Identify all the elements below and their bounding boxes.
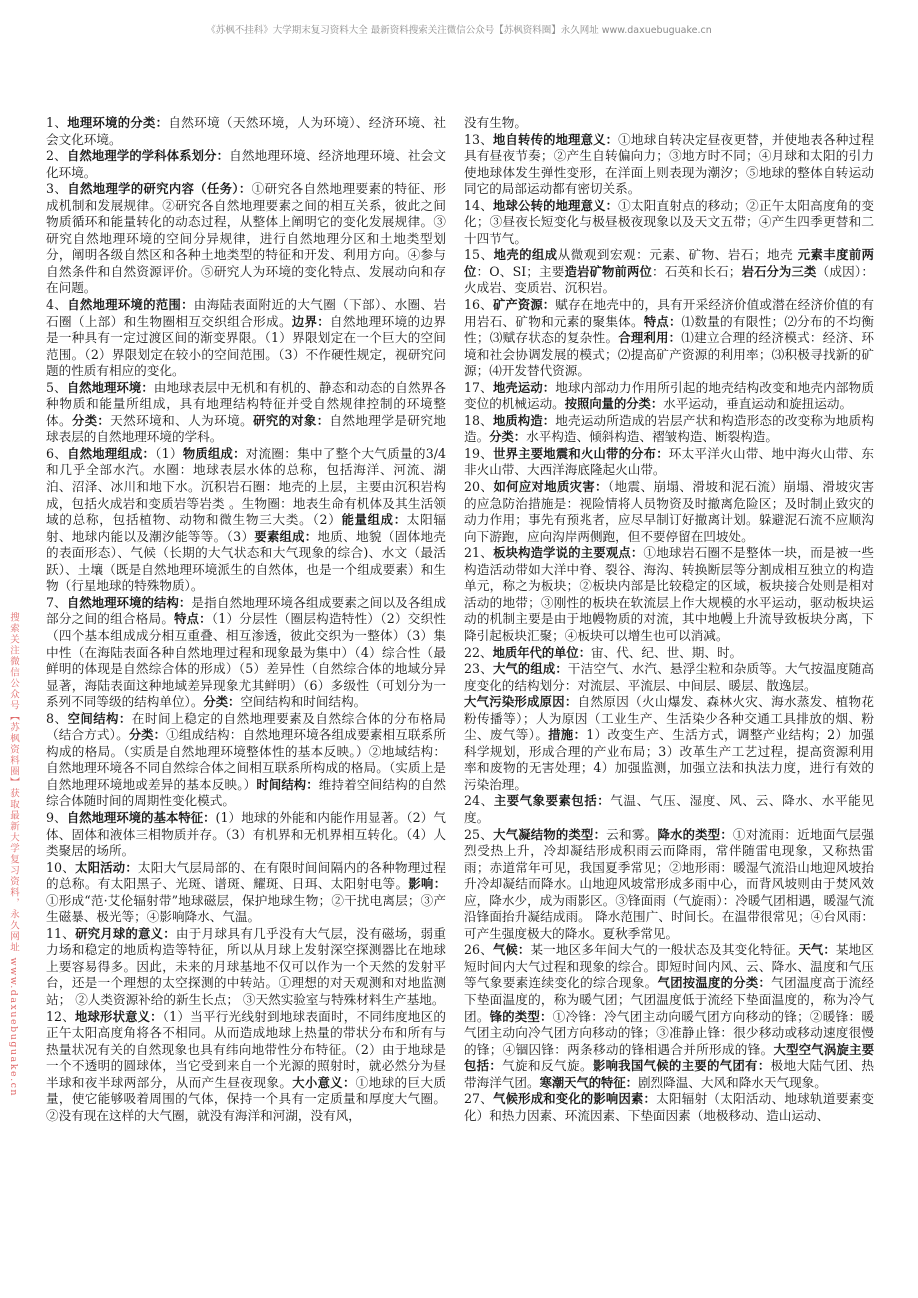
term-body: 21、: [464, 545, 493, 560]
term-body: 2、: [46, 148, 67, 163]
left-column: 1、地理环境的分类：自然环境（天然环境，人为环境）、经济环境、社会文化环境。2、…: [46, 115, 446, 1124]
note-entry: 26、气候：某一地区多年间大气的一般状态及其变化特征。天气：某地区短时间内大气过…: [464, 942, 874, 1091]
term-heading: 按照向量的分类：: [565, 397, 663, 411]
term-body: 22、: [464, 645, 493, 660]
term-heading: 分类：: [129, 728, 166, 742]
note-entry: 10、太阳活动：太阳大气层局部的、在有限时间间隔内的各种物理过程的总称。有太阳黑…: [46, 860, 446, 926]
term-body: 17、: [464, 380, 493, 395]
term-heading: 研究的对象：: [253, 414, 329, 428]
term-body: 11、: [46, 926, 75, 941]
note-entry: 21、板块构造学说的主要观点：①地球岩石圈不是整体一块，而是被一些构造活动带如大…: [464, 545, 874, 644]
term-heading: 时间结构：: [256, 778, 318, 792]
note-entry: 没有生物。: [464, 115, 874, 132]
term-body: 18、: [464, 413, 493, 428]
term-heading: 造岩矿物前两位: [565, 265, 652, 279]
note-entry: 大气污染形成原因：自然原因（火山爆发、森林火灾、海水蒸发、植物花粉传播等）；人为…: [464, 694, 874, 793]
note-entry: 17、地壳运动：地球内部动力作用所引起的地壳结构改变和地壳内部物质变位的机械运动…: [464, 380, 874, 413]
term-body: 10、: [46, 860, 75, 875]
term-body: 7、: [46, 595, 67, 610]
term-heading: 空间结构：: [68, 712, 132, 726]
term-heading: 自然地理环境：: [67, 381, 154, 395]
note-entry: 8、空间结构：在时间上稳定的自然地理要素及自然综合体的分布格局（结合方式）。分类…: [46, 711, 446, 810]
note-entry: 24、主要气象要素包括：气温、气压、湿度、风、云、降水、水平能见度。: [464, 793, 874, 826]
term-heading: 要素组成：: [254, 530, 317, 544]
term-heading: 天气：: [798, 943, 835, 957]
note-entry: 3、自然地理学的研究内容（任务）：①研究各自然地理要素的特征、形成机制和发展规律…: [46, 181, 446, 297]
term-heading: 分类：: [203, 695, 240, 709]
term-body: 19、: [464, 446, 493, 461]
note-entry: 7、自然地理环境的结构：是指自然地理环境各组成要素之间以及各组成部分之间的组合格…: [46, 595, 446, 711]
term-body: 13、: [464, 132, 493, 147]
term-heading: 自然地理环境的结构：: [67, 596, 191, 610]
note-entry: 27、气候形成和变化的影响因素：太阳辐射（太阳活动、地球轨道要素变化）和热力因素…: [464, 1091, 874, 1124]
term-body: 水平运动，垂直运动和旋扭运动。: [663, 396, 852, 411]
term-body: 20、: [464, 479, 493, 494]
term-heading: 影响我国气候的主要的气团有：: [593, 1059, 771, 1073]
term-body: ：O、SI；主要: [477, 264, 565, 279]
term-heading: 特点：: [174, 612, 212, 626]
header-watermark: 《苏枫不挂科》大学期末复习资料大全 最新资料搜索关注微信公众号【苏枫资料圈】永久…: [0, 22, 918, 36]
term-heading: 地理环境的分类：: [67, 116, 168, 130]
term-heading: 寒潮天气的特征：: [540, 1076, 638, 1090]
term-body: 3、: [46, 181, 67, 196]
term-heading: 大气的组成：: [493, 662, 568, 676]
term-heading: 分类：: [72, 414, 110, 428]
term-heading: 地自转传的地理意义：: [493, 133, 618, 147]
term-heading: 岩石分为三类: [741, 265, 816, 279]
term-body: 空间结构和时间结构。: [240, 694, 366, 709]
term-heading: 大气污染形成原因：: [464, 695, 577, 709]
term-heading: 地球公转的地理意义：: [493, 199, 618, 213]
term-body: 4、: [46, 297, 67, 312]
note-entry: 22、地质年代的单位：宙、代、纪、世、期、时。: [464, 645, 874, 662]
term-body: 23、: [464, 661, 493, 676]
term-body: 气旋和反气旋。: [502, 1058, 593, 1073]
term-body: 云和雾。: [606, 827, 657, 842]
note-entry: 14、地球公转的地理意义：①太阳直射点的移动；②正午太阳高度角的变化；③昼夜长短…: [464, 198, 874, 248]
term-body: 1、: [46, 115, 67, 130]
term-heading: 世界主要地震和火山带的分布：: [493, 447, 669, 461]
right-column: 没有生物。13、地自转传的地理意义：①地球自转决定昼夜更替，并使地表各种过程具有…: [464, 115, 874, 1124]
note-entry: 15、地壳的组成从微观到宏观：元素、矿物、岩石；地壳 元素丰度前两位：O、SI；…: [464, 247, 874, 297]
term-heading: 边界：: [292, 315, 330, 329]
term-body: 5、: [46, 380, 67, 395]
term-heading: 大小意义：: [292, 1076, 355, 1090]
term-body: 6、: [46, 446, 67, 461]
note-entry: 23、大气的组成：干洁空气、水汽、悬浮尘粒和杂质等。大气按温度随高度变化的结构划…: [464, 661, 874, 694]
term-body: 16、: [464, 297, 493, 312]
note-entry: 18、地质构造：地壳运动所造成的岩层产状和构造形态的改变称为地质构造。分类：水平…: [464, 413, 874, 446]
term-heading: 地壳运动：: [493, 381, 555, 395]
term-body: 剧烈降温、大风和降水天气现象。: [638, 1075, 827, 1090]
term-heading: 如何应对地质灾害：: [493, 480, 607, 494]
term-body: ：石英和长石；: [652, 264, 741, 279]
term-heading: 降水的类型：: [658, 828, 733, 842]
term-body: 15、: [464, 247, 494, 262]
term-heading: 太阳活动：: [75, 861, 138, 875]
term-heading: 大气凝结物的类型：: [493, 828, 606, 842]
term-heading: 板块构造学说的主要观点：: [493, 546, 643, 560]
note-entry: 5、自然地理环境：由地球表层中无机和有机的、静态和动态的自然界各种物质和能量所组…: [46, 380, 446, 446]
term-body: 8、: [46, 711, 68, 726]
term-body: 水平构造、倾斜构造、褶皱构造、断裂构造。: [526, 429, 778, 444]
term-heading: 主要气象要素包括：: [494, 794, 610, 808]
term-heading: 地球形状意义：: [75, 1010, 163, 1024]
term-body: 天然环境和、人为环境。: [110, 413, 253, 428]
note-entry: 1、地理环境的分类：自然环境（天然环境，人为环境）、经济环境、社会文化环境。: [46, 115, 446, 148]
note-entry: 4、自然地理环境的范围：由海陆表面附近的大气圈（下部）、水圈、岩石圈（上部）和生…: [46, 297, 446, 380]
term-heading: 自然地理组成：: [67, 447, 155, 461]
term-body: ①形成“范·艾伦辐射带”地球磁层，保护地球生物；②干扰电离层；③产生磁暴、极光等…: [46, 893, 446, 925]
term-body: 14、: [464, 198, 493, 213]
note-entry: 12、地球形状意义：（1）当平行光线射到地球表面时，不同纬度地区的正午太阳高度角…: [46, 1009, 446, 1125]
term-heading: 气团按温度的分类：: [658, 976, 771, 990]
term-heading: 分类：: [489, 430, 526, 444]
term-heading: 自然地理环境的范围：: [67, 298, 193, 312]
note-entry: 11、研究月球的意义：由于月球具有几乎没有大气层，没有磁场，弱重力场和稳定的地质…: [46, 926, 446, 1009]
term-heading: 特点：: [644, 315, 682, 329]
term-heading: 自然地理环境的基本特征：: [67, 811, 216, 825]
term-heading: 研究月球的意义：: [75, 927, 176, 941]
term-body: ①对流雨：近地面气层强烈受热上升，冷却凝结形成积雨云而降雨，常伴随雷电现象，又称…: [464, 827, 874, 941]
note-entry: 16、矿产资源：赋存在地壳中的，具有开采经济价值或潜在经济价值的有用岩石、矿物和…: [464, 297, 874, 380]
term-heading: 能量组成：: [342, 513, 407, 527]
term-heading: 锋的类型：: [490, 1010, 553, 1024]
note-entry: 25、大气凝结物的类型：云和雾。降水的类型：①对流雨：近地面气层强烈受热上升，冷…: [464, 827, 874, 943]
term-heading: 矿产资源：: [493, 298, 555, 312]
term-heading: 气候形成和变化的影响因素：: [493, 1092, 656, 1106]
term-body: 9、: [46, 810, 67, 825]
term-body: ①研究各自然地理要素的特征、形成机制和发展规律。②研究各自然地理要素之间的相互关…: [46, 181, 446, 295]
term-body: 24、: [464, 793, 494, 808]
term-heading: 自然地理学的研究内容（任务）：: [67, 182, 251, 196]
term-body: 某一地区多年间大气的一般状态及其变化特征。: [530, 942, 798, 957]
term-heading: 影响：: [408, 877, 446, 891]
term-heading: 地质构造：: [493, 414, 555, 428]
term-body: （1）: [155, 446, 183, 461]
term-heading: 合理利用：: [618, 331, 681, 345]
term-heading: 自然地理学的学科体系划分：: [67, 149, 229, 163]
term-body: 从微观到宏观：元素、矿物、岩石；地壳: [558, 247, 798, 262]
note-entry: 19、世界主要地震和火山带的分布：环太平洋火山带、地中海火山带、东非火山带、大西…: [464, 446, 874, 479]
note-entry: 20、如何应对地质灾害：（地震、崩塌、滑坡和泥石流）崩塌、滑坡灾害的应急防治措施…: [464, 479, 874, 545]
term-body: 没有生物。: [464, 115, 527, 130]
term-heading: 地质年代的单位：: [493, 646, 591, 660]
note-entry: 2、自然地理学的学科体系划分：自然地理环境、经济地理环境、社会文化环境。: [46, 148, 446, 181]
term-heading: 措施：: [548, 728, 586, 742]
term-heading: 地壳的组成: [494, 248, 558, 262]
term-body: 宙、代、纪、世、期、时。: [591, 645, 742, 660]
term-body: 25、: [464, 827, 493, 842]
note-entry: 13、地自转传的地理意义：①地球自转决定昼夜更替，并使地表各种过程具有昼夜节奏；…: [464, 132, 874, 198]
note-entry: 9、自然地理环境的基本特征：(1）地球的外能和内能作用显著。（2）气体、固体和液…: [46, 810, 446, 860]
side-watermark: 搜索关注微信公众号【苏枫资料圈】获取最新大学复习资料，永久网址 www.daxu…: [6, 612, 20, 1097]
note-entry: 6、自然地理组成：（1）物质组成：对流圈：集中了整个大气质量的3/4 和几乎全部…: [46, 446, 446, 595]
term-body: 12、: [46, 1009, 75, 1024]
term-body: 27、: [464, 1091, 493, 1106]
term-heading: 物质组成：: [183, 447, 246, 461]
term-body: 26、: [464, 942, 493, 957]
term-heading: 气候：: [493, 943, 530, 957]
